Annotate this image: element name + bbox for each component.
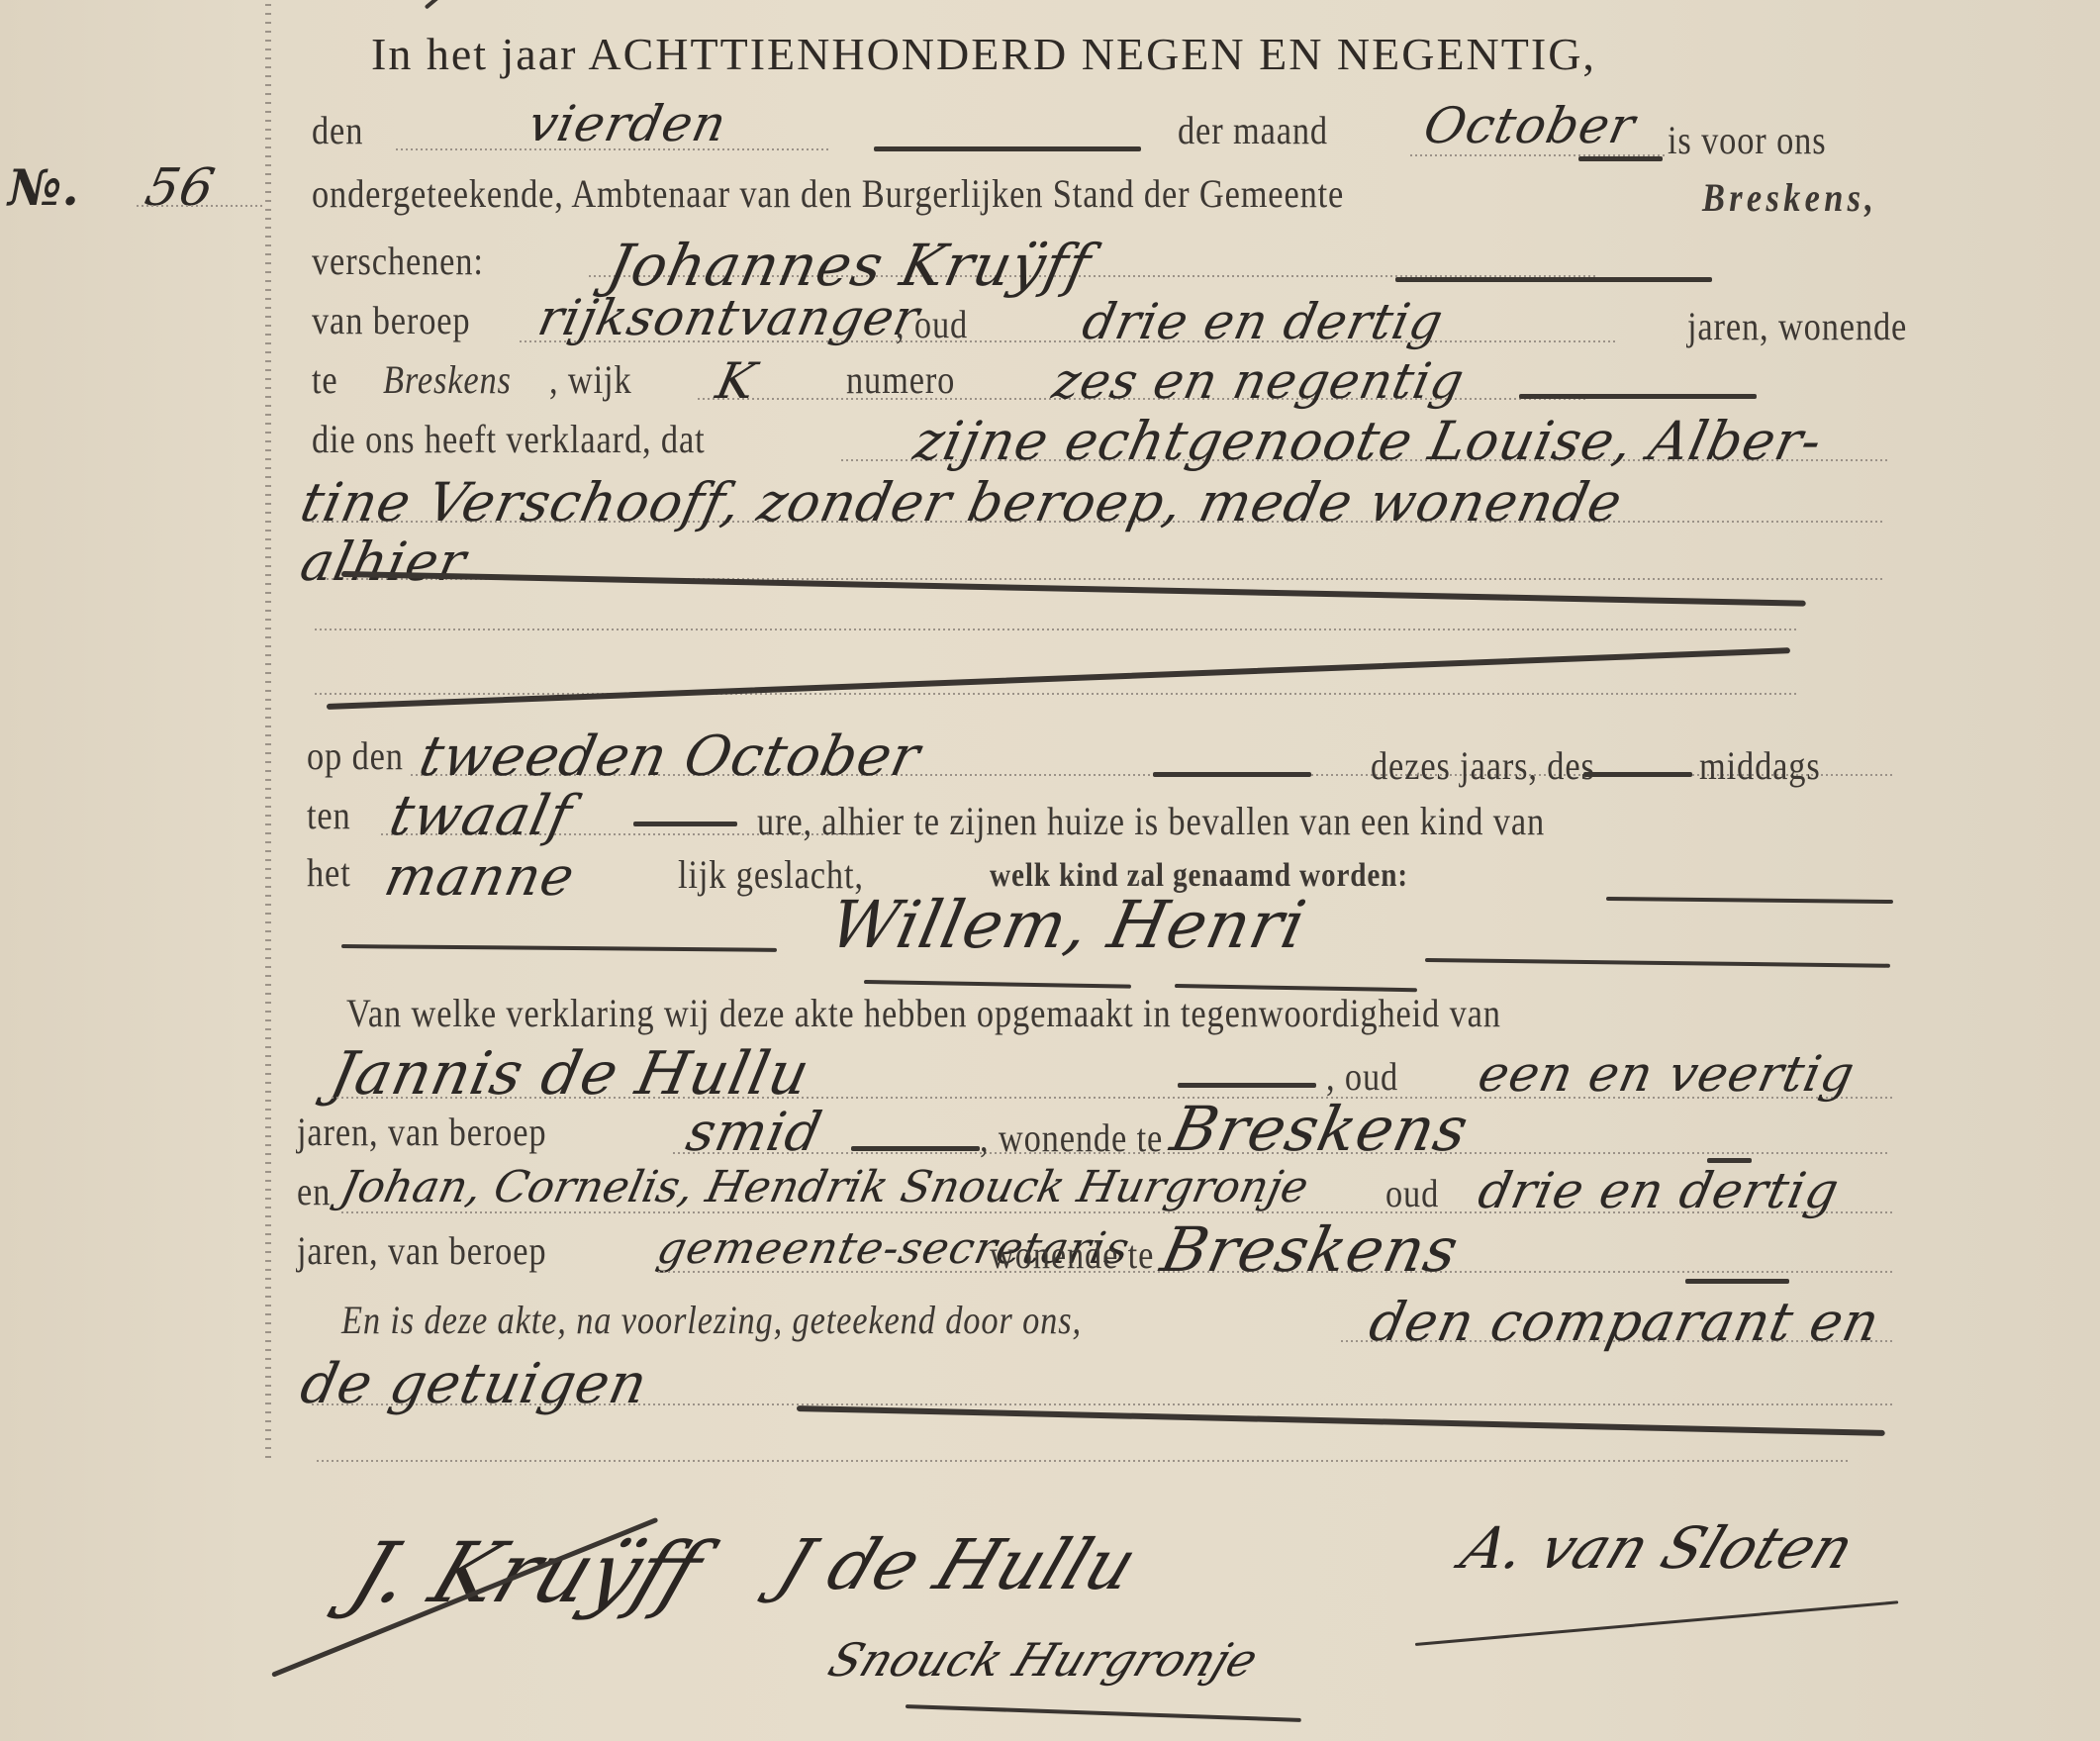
- dotted-line: [315, 693, 1799, 695]
- fill-dash: [1153, 772, 1311, 777]
- line-witness-1: Jannis de Hullu , oud een en veertig: [302, 1049, 2031, 1099]
- line-witness-intro: Van welke verklaring wij deze akte hebbe…: [302, 990, 2031, 1039]
- line-year: In het jaar ACHTTIENHONDERD NEGEN EN NEG…: [302, 28, 2031, 77]
- label-wijk: , wijk: [549, 356, 632, 403]
- fill-dash: [633, 822, 737, 826]
- label-op-den: op den: [307, 732, 404, 779]
- closing-stroke-lower: [327, 647, 1790, 710]
- handwritten-witness2-name: Johan, Cornelis, Hendrik Snouck Hurgronj…: [336, 1162, 1313, 1212]
- handwritten-sex: manne: [379, 845, 580, 908]
- line-occupation: van beroep rijksontvanger , oud drie en …: [302, 297, 2031, 346]
- line-mother-cont: tine Verschooff, zonder beroep, mede won…: [302, 477, 2031, 527]
- label-is-voor-ons: is voor ons: [1668, 117, 1826, 163]
- margin-rule: [265, 0, 271, 1465]
- handwritten-witnesses: de getuigen: [295, 1352, 653, 1416]
- label-oud: , oud: [896, 301, 968, 347]
- line-witnesses-sign: de getuigen: [302, 1356, 2031, 1405]
- handwritten-witness1-age: een en veertig: [1474, 1045, 1861, 1103]
- line-signed: En is deze akte, na voorlezing, geteeken…: [302, 1297, 2031, 1346]
- label-wonende-te: wonende te: [990, 1231, 1154, 1278]
- fill-dash: [797, 1405, 1885, 1436]
- line-date: den vierden der maand October is voor on…: [302, 107, 2031, 156]
- witness-statement: Van welke verklaring wij deze akte hebbe…: [346, 990, 1501, 1036]
- label-jaren-van-beroep: jaren, van beroep: [297, 1227, 546, 1274]
- label-den: den: [312, 107, 363, 153]
- label-van-beroep: van beroep: [312, 297, 470, 343]
- label-jaren-van-beroep: jaren, van beroep: [297, 1109, 546, 1155]
- label-oud: oud: [1385, 1170, 1439, 1216]
- label-jaren-wonende: jaren, wonende: [1687, 303, 1907, 349]
- dotted-line: [315, 629, 1799, 630]
- label-het: het: [307, 849, 351, 896]
- label-middags: middags: [1699, 742, 1821, 789]
- handwritten-age: drie en dertig: [1078, 293, 1449, 350]
- fill-dash: [1395, 277, 1712, 282]
- record-number-dotted-line: [137, 205, 263, 207]
- handwritten-ward: K: [712, 352, 762, 410]
- birth-place-statement: ure, alhier te zijnen huize is bevallen …: [757, 798, 1545, 844]
- number-sign: №.: [8, 158, 79, 217]
- label-verschenen: verschenen:: [312, 238, 484, 284]
- handwritten-hour: twaalf: [384, 784, 578, 848]
- fill-dash: [1425, 958, 1890, 968]
- handwritten-witness2-residence: Breskens: [1155, 1213, 1465, 1286]
- label-wonende-te: , wonende te: [980, 1114, 1163, 1161]
- fill-dash: [1606, 897, 1893, 904]
- signature-witness-2: Snouck Hurgronje: [821, 1633, 1265, 1687]
- handwritten-occupation: rijksontvanger: [533, 289, 925, 346]
- line-witness-1-occupation: jaren, van beroep smid , wonende te Bres…: [302, 1109, 2031, 1158]
- handwritten-signers: den comparant en: [1364, 1291, 1885, 1353]
- fill-dash: [874, 146, 1141, 151]
- handwritten-witness2-age: drie en dertig: [1474, 1162, 1845, 1219]
- handwritten-house-number: zes en negentig: [1048, 352, 1470, 410]
- handwritten-witness1-residence: Breskens: [1165, 1093, 1475, 1165]
- label-numero: numero: [846, 356, 955, 403]
- label-en: en: [297, 1168, 331, 1214]
- line-declared: die ons heeft verklaard, dat zijne echtg…: [302, 416, 2031, 465]
- fill-dash: [1519, 394, 1757, 399]
- birth-certificate-page: №. 56 In het jaar ACHTTIENHONDERD NEGEN …: [0, 0, 2100, 1741]
- line-address: te Breskens , wijk K numero zes en negen…: [302, 356, 2031, 406]
- signature-witness-1: J de Hullu: [767, 1524, 1148, 1605]
- handwritten-witness1-occupation: smid: [681, 1101, 827, 1163]
- label-ten: ten: [307, 792, 351, 838]
- label-dezes-jaars: dezes jaars, des: [1371, 742, 1595, 789]
- year-statement: In het jaar ACHTTIENHONDERD NEGEN EN NEG…: [371, 28, 1596, 80]
- underline: [864, 980, 1131, 989]
- line-witness-2: en Johan, Cornelis, Hendrik Snouck Hurgr…: [302, 1168, 2031, 1217]
- line-birth-date: op den tweeden October dezes jaars, des …: [302, 732, 2031, 782]
- printed-town: Breskens: [383, 356, 512, 403]
- fill-dash: [851, 1146, 980, 1151]
- label-te: te: [312, 356, 338, 403]
- label-der-maand: der maand: [1178, 107, 1328, 153]
- dotted-line: [317, 1460, 1851, 1462]
- fill-dash: [1578, 156, 1663, 161]
- handwritten-child-name: Willem, Henri: [823, 887, 1313, 963]
- municipality-name: Breskens,: [1702, 174, 1877, 221]
- line-child-name: Willem, Henri: [302, 911, 2031, 960]
- label-verklaard: die ons heeft verklaard, dat: [312, 416, 706, 462]
- signing-statement: En is deze akte, na voorlezing, geteeken…: [341, 1297, 1082, 1343]
- handwritten-alhier: alhier: [295, 531, 472, 593]
- fill-dash: [1583, 772, 1692, 777]
- handwritten-month: October: [1419, 97, 1641, 154]
- label-lijk-geslacht: lijk geslacht,: [678, 851, 864, 898]
- signature-registrar: A. van Sloten: [1453, 1514, 1863, 1582]
- line-appeared: verschenen: Johannes Kruÿff: [302, 238, 2031, 287]
- record-number-value: 56: [141, 158, 221, 218]
- line-birth-time: ten twaalf ure, alhier te zijnen huize i…: [302, 792, 2031, 841]
- top-pen-stroke: [425, 0, 473, 10]
- fill-dash: [1178, 1083, 1316, 1088]
- signature-flourish: [906, 1704, 1301, 1722]
- line-witness-2-occupation: jaren, van beroep gemeente-secretaris wo…: [302, 1227, 2031, 1277]
- handwritten-mother-1: zijne echtgenoote Louise, Alber-: [908, 410, 1828, 472]
- fill-dash: [341, 944, 777, 952]
- fill-dash: [1685, 1279, 1789, 1284]
- handwritten-mother-2: tine Verschooff, zonder beroep, mede won…: [295, 471, 1628, 533]
- signature-flourish: [1415, 1600, 1898, 1646]
- handwritten-day: vierden: [524, 95, 732, 152]
- registrar-statement: ondergeteekende, Ambtenaar van den Burge…: [312, 170, 1344, 217]
- line-registrar: ondergeteekende, Ambtenaar van den Burge…: [302, 170, 2031, 220]
- handwritten-birth-date: tweeden October: [414, 725, 926, 789]
